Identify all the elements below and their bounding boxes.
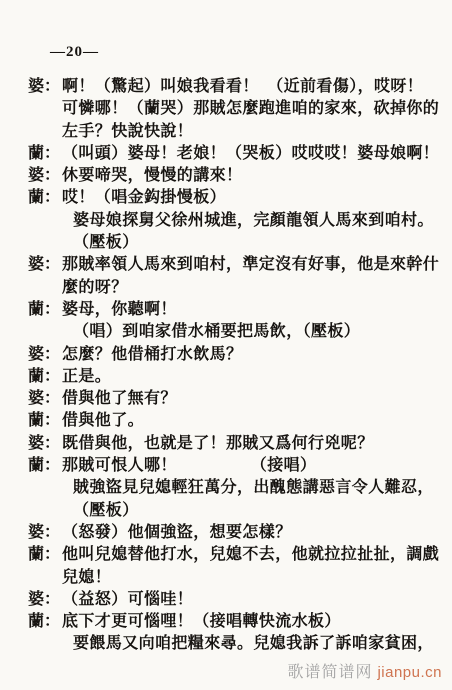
line-text: 啊！（驚起）叫娘我看看！ （近前看傷），哎呀！ [62,78,423,95]
line-text: 既借與他，也就是了！那賊又爲何行兇呢？ [62,435,374,452]
speaker-label: 蘭： [28,366,60,388]
script-line: 婆：（益怒）可惱哇！ [0,589,448,611]
line-text: 休要啼哭，慢慢的講來！ [62,167,242,184]
script-line: 左手？快說快說！ [0,121,448,143]
page-number: —20— [50,44,99,61]
line-text: 婆母，你聽啊！ [62,301,177,318]
speaker-label: 蘭： [28,455,60,477]
speaker-label: 婆： [28,522,60,544]
speaker-label: 婆： [28,433,60,455]
script-line: 婆：既借與他，也就是了！那賊又爲何行兇呢？ [0,433,448,455]
line-text: （益怒）可惱哇！ [62,591,193,608]
line-text: 借與他了無有？ [62,390,177,407]
speaker-label: 蘭： [28,299,60,321]
speaker-label: 婆： [28,165,60,187]
line-text: 借與他了。 [62,412,144,429]
script-line: 麼的呀？ [0,277,448,299]
script-line: （唱）到咱家借水桶要把馬飲，（壓板） [0,321,448,343]
line-text: 兒媳！ [62,569,111,586]
script-line: （壓板） [0,500,448,522]
script-line: （壓板） [0,232,448,254]
line-text: （叫頭）婆母！老娘！（哭板）哎哎哎！婆母娘啊！ [62,145,439,162]
line-text: 那賊可恨人哪！ （接唱） [62,457,316,474]
script-line: 婆：那賊率領人馬來到咱村，準定沒有好事，他是來幹什 [0,254,448,276]
script-line: 蘭：底下才更可惱哩！（接唱轉快流水板） [0,611,448,633]
line-text: 麼的呀？ [62,279,128,296]
script-line: 婆：休要啼哭，慢慢的講來！ [0,165,448,187]
line-text: 正是。 [62,368,111,385]
script-line: 婆：怎麼？他借桶打水飲馬？ [0,344,448,366]
script-line: 蘭：正是。 [0,366,448,388]
line-text: 左手？快說快說！ [62,123,193,140]
speaker-label: 婆： [28,254,60,276]
speaker-label: 蘭： [28,410,60,432]
line-text: （壓板） [73,234,139,251]
line-text: 怎麼？他借桶打水飲馬？ [62,346,242,363]
watermark-site-name: 歌谱简谱网 [287,664,372,681]
line-text: （怒發）他個強盜，想要怎樣？ [62,524,292,541]
line-text: 賊強盜見兒媳輕狂萬分，出醜態講惡言令人難忍， [73,479,434,496]
script-line: 蘭：哎！（唱金鈎掛慢板） [0,187,448,209]
speaker-label: 蘭： [28,143,60,165]
speaker-label: 婆： [28,344,60,366]
scanned-script-page: —20— 婆：啊！（驚起）叫娘我看看！ （近前看傷），哎呀！可憐哪！（蘭哭）那賊… [0,0,452,690]
script-line: 兒媳！ [0,567,448,589]
speaker-label: 蘭： [28,544,60,566]
line-text: 他叫兒媳替他打水，兒媳不去，他就拉拉扯扯，調戲 [62,546,439,563]
script-lines: 婆：啊！（驚起）叫娘我看看！ （近前看傷），哎呀！可憐哪！（蘭哭）那賊怎麼跑進咱… [0,76,448,656]
script-line: 蘭：那賊可恨人哪！ （接唱） [0,455,448,477]
script-line: 婆母娘探舅父徐州城進，完顏龍領人馬來到咱村。 [0,210,448,232]
line-text: （壓板） [73,502,139,519]
line-text: 婆母娘探舅父徐州城進，完顏龍領人馬來到咱村。 [73,212,434,229]
script-line: 婆：（怒發）他個強盜，想要怎樣？ [0,522,448,544]
script-line: 婆：借與他了無有？ [0,388,448,410]
line-text: （唱）到咱家借水桶要把馬飲，（壓板） [73,323,360,340]
script-line: 蘭：借與他了。 [0,410,448,432]
script-line: 賊強盜見兒媳輕狂萬分，出醜態講惡言令人難忍， [0,477,448,499]
speaker-label: 婆： [28,76,60,98]
script-line: 可憐哪！（蘭哭）那賊怎麼跑進咱的家來，砍掉你的 [0,98,448,120]
speaker-label: 婆： [28,589,60,611]
speaker-label: 蘭： [28,187,60,209]
line-text: 可憐哪！（蘭哭）那賊怎麼跑進咱的家來，砍掉你的 [62,100,439,117]
script-line: 蘭：（叫頭）婆母！老娘！（哭板）哎哎哎！婆母娘啊！ [0,143,448,165]
watermark: 歌谱简谱网 jianpu.cn [287,659,442,682]
line-text: 哎！（唱金鈎掛慢板） [62,189,226,206]
line-text: 底下才更可惱哩！（接唱轉快流水板） [62,613,341,630]
watermark-site-url-link[interactable]: jianpu.cn [377,664,442,681]
line-text: 那賊率領人馬來到咱村，準定沒有好事，他是來幹什 [62,256,439,273]
script-line: 蘭：他叫兒媳替他打水，兒媳不去，他就拉拉扯扯，調戲 [0,544,448,566]
line-text: 要餵馬又向咱把糧來尋。兒媳我訴了訴咱家貧困， [73,635,434,652]
script-line: 蘭：婆母，你聽啊！ [0,299,448,321]
script-line: 要餵馬又向咱把糧來尋。兒媳我訴了訴咱家貧困， [0,633,448,655]
speaker-label: 婆： [28,388,60,410]
speaker-label: 蘭： [28,611,60,633]
script-line: 婆：啊！（驚起）叫娘我看看！ （近前看傷），哎呀！ [0,76,448,98]
